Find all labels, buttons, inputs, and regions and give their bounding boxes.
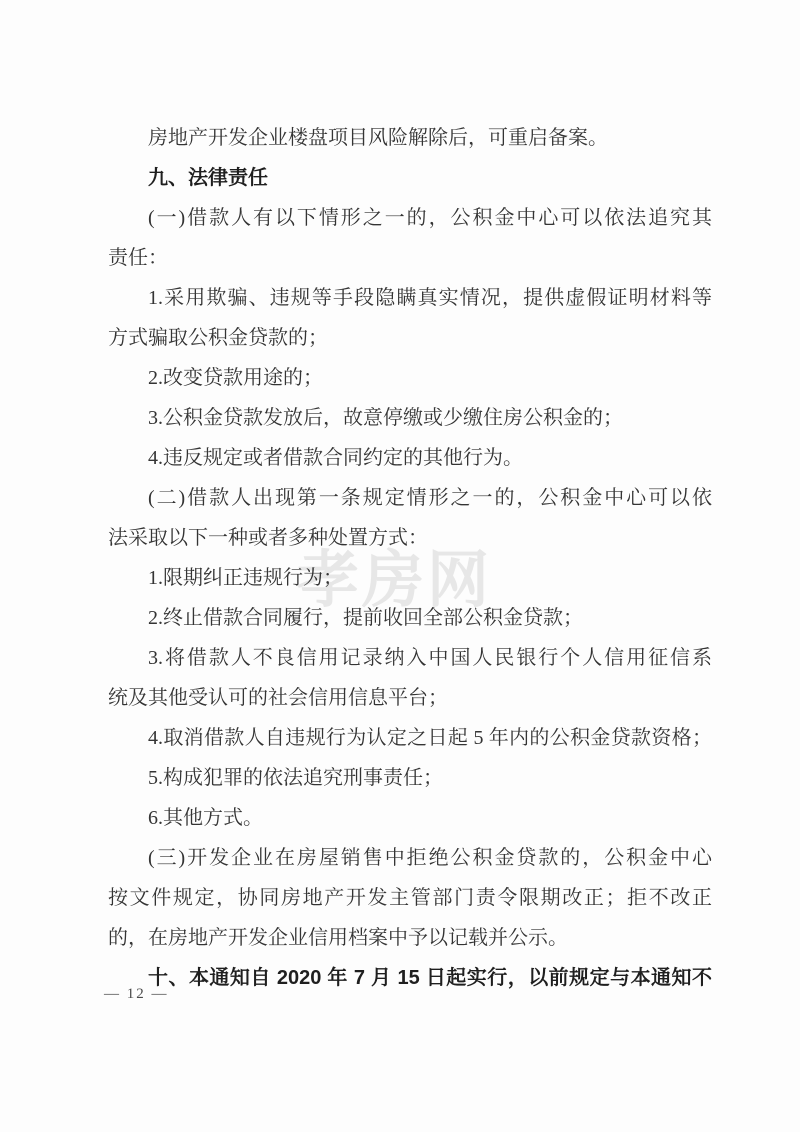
section-heading-ten: 十、本通知自 2020 年 7 月 15 日起实行，以前规定与本通知不: [108, 958, 712, 998]
text-line: 统及其他受认可的社会信用信息平台；: [108, 678, 712, 718]
list-item-1: 1.限期纠正违规行为；: [108, 558, 712, 598]
document-body: 房地产开发企业楼盘项目风险解除后，可重启备案。 九、法律责任 (一)借款人有以下…: [108, 118, 712, 998]
list-item-2: 2.改变贷款用途的；: [108, 358, 712, 398]
list-item-1: 1.采用欺骗、违规等手段隐瞒真实情况，提供虚假证明材料等: [108, 278, 712, 318]
text-line: 房地产开发企业楼盘项目风险解除后，可重启备案。: [108, 118, 712, 158]
text-line: (三)开发企业在房屋销售中拒绝公积金贷款的，公积金中心: [108, 838, 712, 878]
section-heading-nine: 九、法律责任: [108, 158, 712, 198]
text-line: (二)借款人出现第一条规定情形之一的，公积金中心可以依: [108, 478, 712, 518]
document-page: 孝房网 房地产开发企业楼盘项目风险解除后，可重启备案。 九、法律责任 (一)借款…: [0, 0, 800, 1132]
list-item-2: 2.终止借款合同履行，提前收回全部公积金贷款；: [108, 598, 712, 638]
list-item-5: 5.构成犯罪的依法追究刑事责任；: [108, 758, 712, 798]
list-item-4: 4.违反规定或者借款合同约定的其他行为。: [108, 438, 712, 478]
text-line: 法采取以下一种或者多种处置方式：: [108, 518, 712, 558]
text-line: 按文件规定，协同房地产开发主管部门责令限期改正；拒不改正: [108, 878, 712, 918]
text-line: 责任：: [108, 238, 712, 278]
text-line: (一)借款人有以下情形之一的，公积金中心可以依法追究其: [108, 198, 712, 238]
list-item-6: 6.其他方式。: [108, 798, 712, 838]
list-item-3: 3.公积金贷款发放后，故意停缴或少缴住房公积金的；: [108, 398, 712, 438]
page-number: — 12 —: [104, 986, 169, 1003]
text-line: 的，在房地产开发企业信用档案中予以记载并公示。: [108, 918, 712, 958]
list-item-4: 4.取消借款人自违规行为认定之日起 5 年内的公积金贷款资格；: [108, 718, 712, 758]
list-item-3: 3.将借款人不良信用记录纳入中国人民银行个人信用征信系: [108, 638, 712, 678]
text-line: 方式骗取公积金贷款的；: [108, 318, 712, 358]
